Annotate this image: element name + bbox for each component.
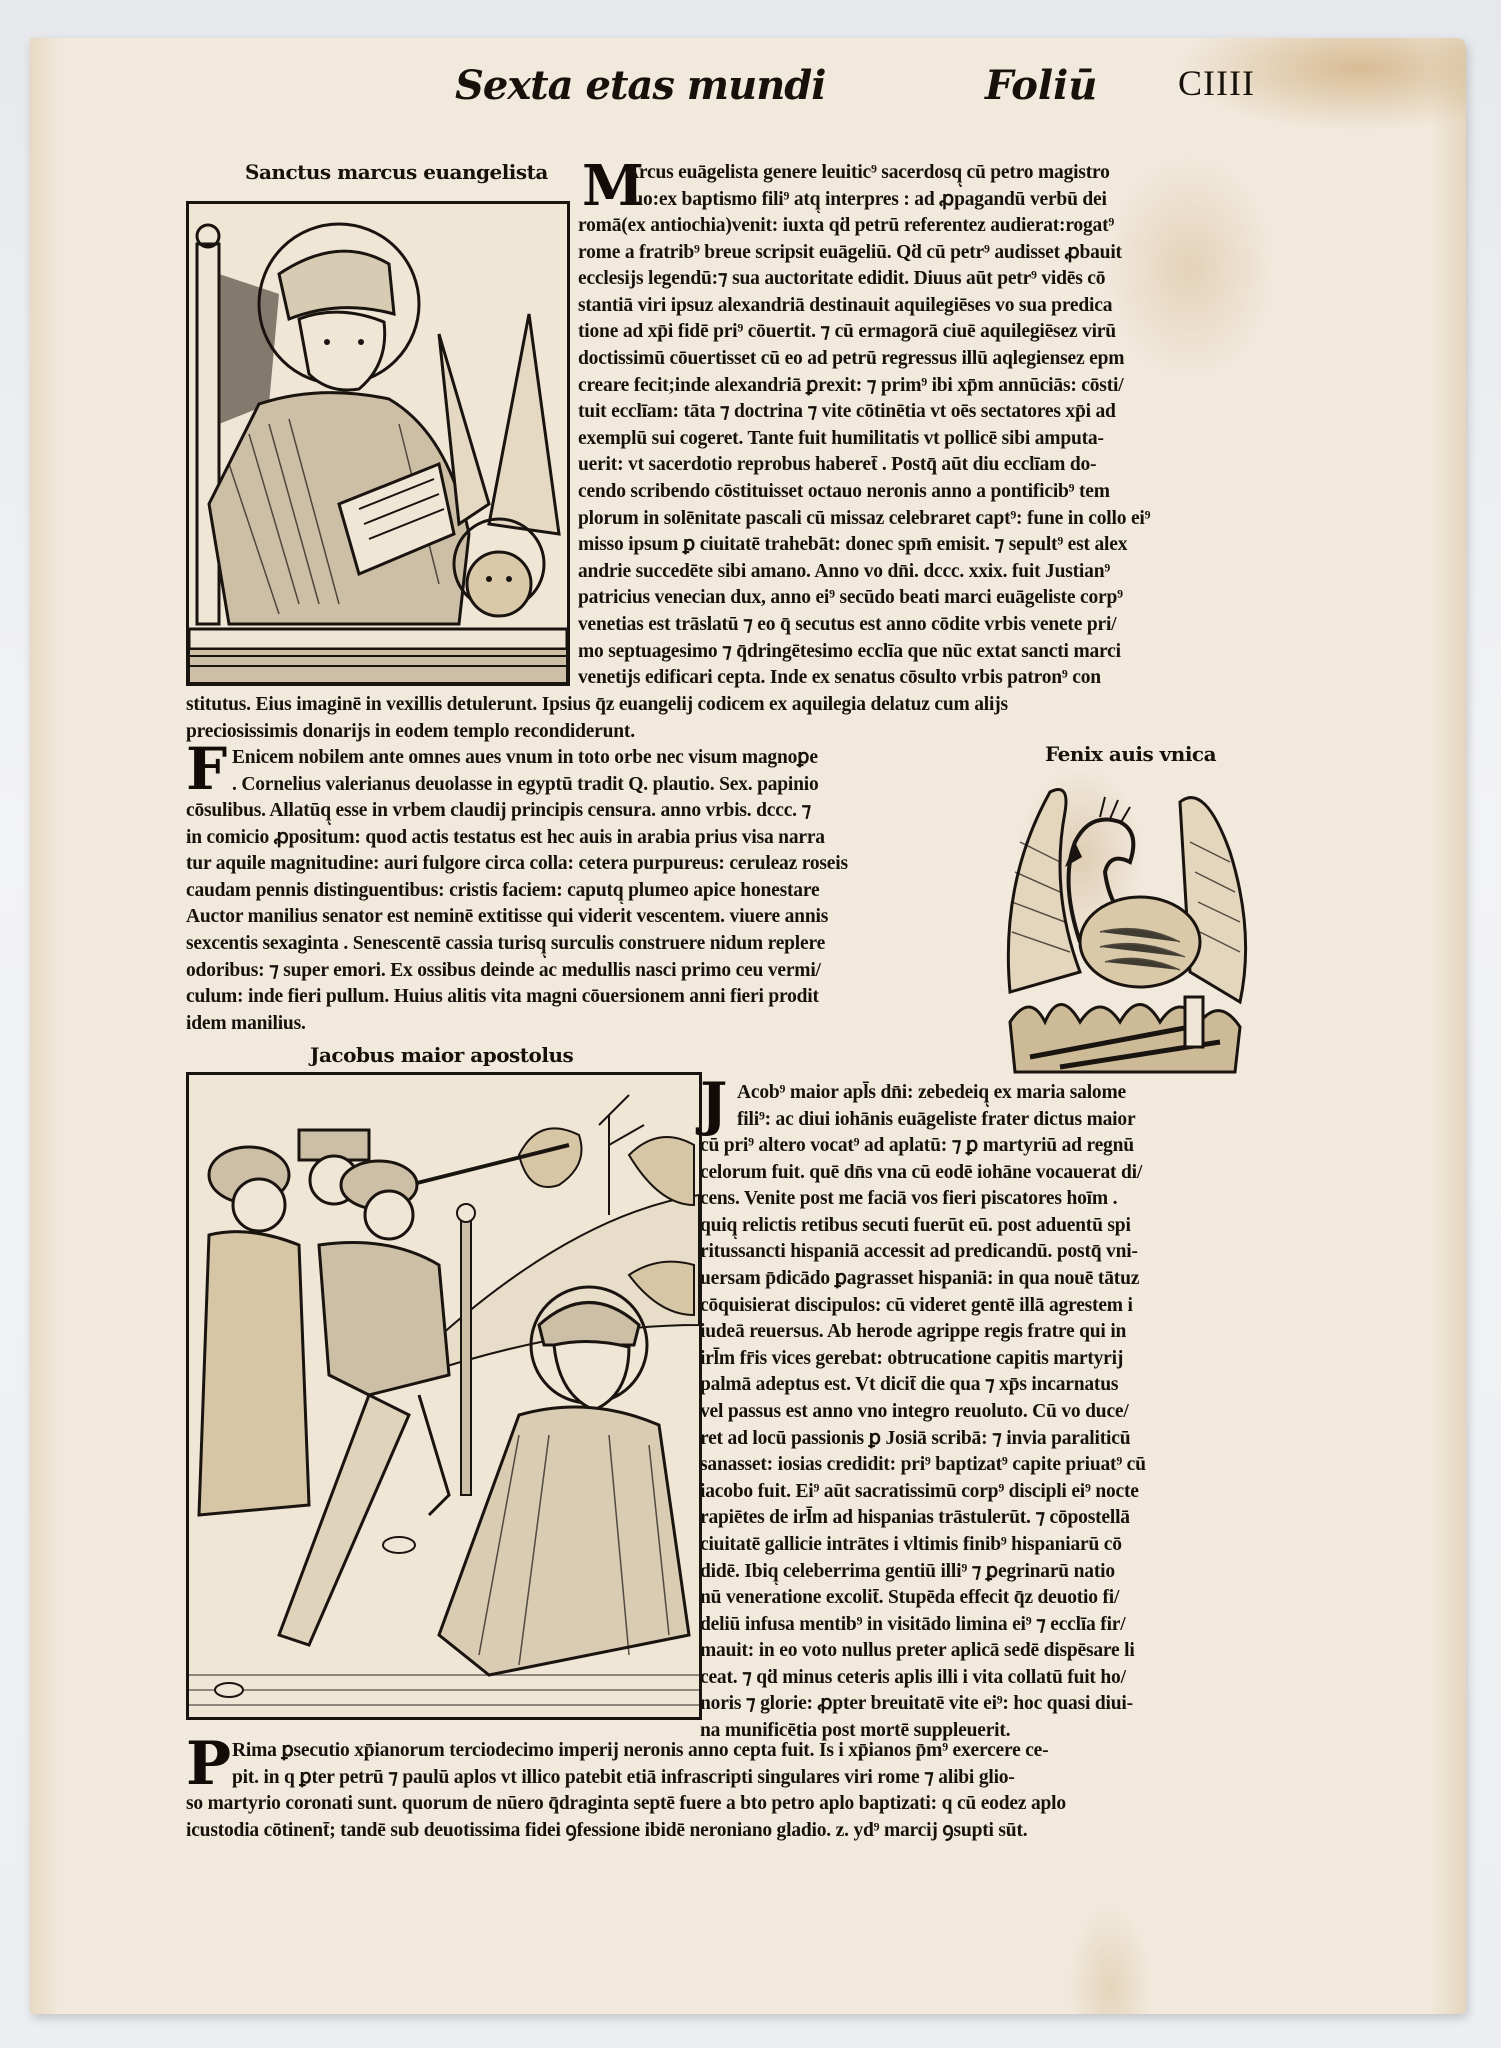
- text-line: celorum fuit. quē dn̄s vna cū eodē iohān…: [700, 1160, 1260, 1187]
- text-line: so martyrio coronati sunt. quorum de nūe…: [186, 1791, 1260, 1818]
- text-line: uerit: vt sacerdotio reprobus haberet̄ .…: [578, 452, 1260, 479]
- text-line: venetias est trāslatū ⁊ eo q̄ secutus es…: [578, 612, 1260, 639]
- text-line: caudam pennis distinguentibus: cristis f…: [186, 878, 992, 905]
- folio-number: CIIII: [1178, 62, 1255, 104]
- text-line: quiq̧ relictis retibus secuti fuerūt eū.…: [700, 1213, 1260, 1240]
- text-line: stantiā viri ipsuz alexandriā destinauit…: [578, 293, 1260, 320]
- text-line: iacobo fuit. Ei⁹ aūt sacratissimū corp⁹ …: [700, 1479, 1260, 1506]
- text-line: ritussancti hispaniā accessit ad predica…: [700, 1239, 1260, 1266]
- phoenix-illustration-icon: [990, 772, 1260, 1082]
- caption-saint-mark: Sanctus marcus euangelista: [245, 160, 548, 184]
- woodcut-saint-mark: [186, 201, 570, 686]
- saint-james-martyrdom-illustration-icon: [189, 1075, 699, 1717]
- text-line: in comicio ꝓpositum: quod actis testatus…: [186, 825, 992, 852]
- text-line: Arcus euāgelista genere leuitic⁹ sacerdo…: [625, 160, 1260, 187]
- text-line: exemplū sui cogeret. Tante fuit humilita…: [578, 426, 1260, 453]
- text-line: tuit ecclīam: tāta ⁊ doctrina ⁊ vite cōt…: [578, 399, 1260, 426]
- text-line: cōsulibus. Allatūq̧ esse in vrbem claudi…: [186, 798, 992, 825]
- text-phoenix-head: Enicem nobilem ante omnes aues vnum in t…: [232, 745, 992, 798]
- text-line: odoribus: ⁊ super emori. Ex ossibus dein…: [186, 958, 992, 985]
- text-line: iudeā reuersus. Ab herode agrippe regis …: [700, 1319, 1260, 1346]
- text-line: Rima ꝑsecutio xp̄ianorum terciodecimo im…: [232, 1738, 1260, 1765]
- text-line: cendo scribendo cōstituisset octauo nero…: [578, 479, 1260, 506]
- woodcut-saint-james: [186, 1072, 702, 1720]
- text-line: deliū infusa mentib⁹ in visitādo limina …: [700, 1612, 1260, 1639]
- saint-mark-illustration-icon: [189, 204, 567, 683]
- drop-cap-j: J: [700, 1075, 727, 1133]
- text-line: romā(ex antiochia)venit: iuxta qḋ petrū …: [578, 213, 1260, 240]
- text-line: suo:ex baptismo fili⁹ atq̧ interpres : a…: [625, 187, 1260, 214]
- text-line: doctissimū cōuertisset cū eo ad petrū re…: [578, 346, 1260, 373]
- text-line: creare fecit;inde alexandriā ꝑrexit: ⁊ p…: [578, 373, 1260, 400]
- text-line: ecclesijs legendū:⁊ sua auctoritate edid…: [578, 266, 1260, 293]
- text-line: tione ad xp̄i fidē pri⁹ cōuertit. ⁊ cū e…: [578, 319, 1260, 346]
- text-line: misso ipsum ꝑ ciuitatē trahebāt: donec s…: [578, 532, 1260, 559]
- text-line: cōquisierat discipulos: cū videret gentē…: [700, 1293, 1260, 1320]
- text-line: plorum in solēnitate pascali cū missaz c…: [578, 506, 1260, 533]
- text-phoenix-body: cōsulibus. Allatūq̧ esse in vrbem claudi…: [186, 798, 992, 1037]
- text-line: venetijs edificari cepta. Inde ex senatu…: [578, 665, 1260, 692]
- drop-cap-f: F: [186, 740, 227, 798]
- text-line: rome a fratrib⁹ breue scripsit euāgeliū.…: [578, 240, 1260, 267]
- text-line: noris ⁊ glorie: ꝓpter breuitatē vite ei⁹…: [700, 1691, 1260, 1718]
- text-line: pit. in q ꝑter petrū ⁊ paulū aplos vt il…: [232, 1765, 1260, 1792]
- folio-label: Foliū: [985, 62, 1097, 109]
- text-saint-mark-body: romā(ex antiochia)venit: iuxta qḋ petrū …: [578, 213, 1260, 692]
- running-title: Sexta etas mundi: [455, 62, 825, 109]
- text-line: . Cornelius valerianus deuolasse in egyp…: [232, 772, 992, 799]
- drop-cap-p: P: [186, 1734, 231, 1794]
- text-line: palmā adeptus est. Vt dicit̄ die qua ⁊ x…: [700, 1372, 1260, 1399]
- text-line: patricius venecian dux, anno ei⁹ secūdo …: [578, 585, 1260, 612]
- text-line: ceat. ⁊ qḋ minus ceteris aplis illi i vi…: [700, 1665, 1260, 1692]
- text-line: Enicem nobilem ante omnes aues vnum in t…: [232, 745, 992, 772]
- text-line: rapiētes de irl̄m ad hispanias trāstuler…: [700, 1505, 1260, 1532]
- text-line: icustodia cōtinent̄; tandē sub deuotissi…: [186, 1818, 1260, 1845]
- text-line: Acob⁹ maior apl̄s dn̄i: zebedeiq̧ ex mar…: [737, 1080, 1260, 1107]
- text-line: andrie succedēte sibi amano. Anno vo dn̄…: [578, 559, 1260, 586]
- text-line: sexcentis sexaginta . Senescentē cassia …: [186, 931, 992, 958]
- text-line: cens. Venite post me faciā vos fieri pis…: [700, 1186, 1260, 1213]
- caption-saint-james: Jacobus maior apostolus: [310, 1043, 573, 1067]
- text-line: irl̄m fr̄is vices gerebat: obtrucatione …: [700, 1346, 1260, 1373]
- text-line: tur aquile magnitudine: auri fulgore cir…: [186, 851, 992, 878]
- text-persecution-head: Rima ꝑsecutio xp̄ianorum terciodecimo im…: [232, 1738, 1260, 1791]
- text-line: vel passus est anno vno integro reuoluto…: [700, 1399, 1260, 1426]
- text-persecution-body: so martyrio coronati sunt. quorum de nūe…: [186, 1791, 1260, 1844]
- text-saint-james-head: Acob⁹ maior apl̄s dn̄i: zebedeiq̧ ex mar…: [737, 1080, 1260, 1133]
- text-line: idem manilius.: [186, 1011, 992, 1038]
- text-line: culum: inde fieri pullum. Huius alitis v…: [186, 984, 992, 1011]
- text-line: cū pri⁹ altero vocat⁹ ad aplatū: ⁊ ꝑ mar…: [700, 1133, 1260, 1160]
- text-line: mo septuagesimo ⁊ q̄dringētesimo ecclīa …: [578, 639, 1260, 666]
- text-line: ret ad locū passionis ꝑ Josiā scribā: ⁊ …: [700, 1426, 1260, 1453]
- text-line: didē. Ibiq̧ celeberrima gentiū illi⁹ ⁊ ꝑ…: [700, 1559, 1260, 1586]
- text-saint-james-body: cū pri⁹ altero vocat⁹ ad aplatū: ⁊ ꝑ mar…: [700, 1133, 1260, 1745]
- text-line: ciuitatē gallicie intrātes i vltimis fin…: [700, 1532, 1260, 1559]
- text-line: uersam p̄dicādo ꝑagrasset hispaniā: in q…: [700, 1266, 1260, 1293]
- woodcut-phoenix: [990, 772, 1260, 1082]
- text-line: sanasset: iosias credidit: pri⁹ baptizat…: [700, 1452, 1260, 1479]
- text-line: stitutus. Eius imaginē in vexillis detul…: [186, 692, 1260, 719]
- text-line: mauit: in eo voto nullus preter aplicā s…: [700, 1638, 1260, 1665]
- text-saint-mark: Arcus euāgelista genere leuitic⁹ sacerdo…: [625, 160, 1260, 213]
- caption-phoenix: Fenix auis vnica: [1045, 742, 1216, 766]
- text-line: nū veneratione excolit̄. Stupēda effecit…: [700, 1585, 1260, 1612]
- text-saint-mark-continuation: stitutus. Eius imaginē in vexillis detul…: [186, 692, 1260, 745]
- text-line: fili⁹: ac diui iohānis euāgeliste frater…: [737, 1107, 1260, 1134]
- text-line: Auctor manilius senator est neminē extit…: [186, 904, 992, 931]
